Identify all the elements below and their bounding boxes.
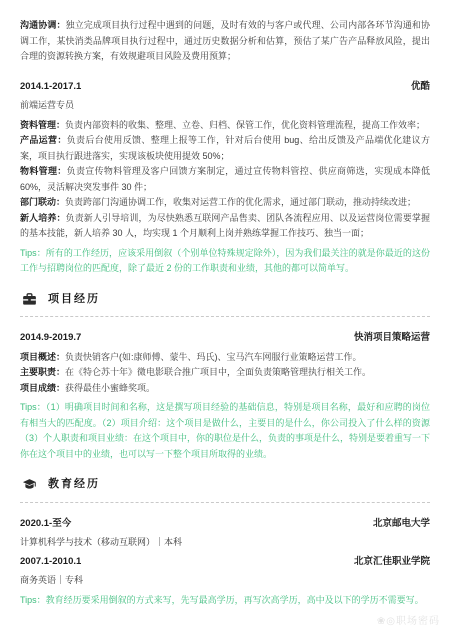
work-duty-row: 产品运营：负责后台使用反馈、整理上报等工作，针对后台使用 bug、给出反馈及产品…	[20, 133, 430, 164]
duty-label: 部门联动：	[20, 197, 65, 207]
education-date-range: 2007.1-2010.1	[20, 554, 81, 570]
project-item-text: 获得最佳小蜜蜂奖项。	[65, 383, 155, 393]
summary-label: 沟通协调：	[20, 20, 66, 30]
project-section: 项目经历 2014.9-2019.7 快消项目策略运营 项目概述：负责快销客户(…	[20, 292, 430, 463]
duty-text: 负责跨部门沟通协调工作，收集对运营工作的优化需求，通过部门联动，推动持续改进；	[65, 197, 416, 207]
project-section-title: 项目经历	[48, 292, 100, 308]
work-duty-row: 新人培养：负责新人引导培训，为尽快熟悉互联网产品售卖、团队各流程应用、以及运营岗…	[20, 211, 430, 242]
education-section: 教育经历 2020.1-至今 北京邮电大学 计算机科学与技术（移动互联网）｜本科…	[20, 477, 430, 608]
resume-page: 沟通协调：独立完成项目执行过程中遇到的问题，及时有效的与客户或代理、公司内部各环…	[0, 0, 450, 637]
work-experience-entry: 2014.1-2017.1 优酷 前端运营专员 资料管理：负责内部资料的收集、整…	[20, 79, 430, 277]
education-section-title: 教育经历	[48, 477, 100, 493]
project-item-row: 项目成绩：获得最佳小蜜蜂奖项。	[20, 381, 430, 397]
duty-text: 负责内部资料的收集、整理、立卷、归档、保管工作，优化资料管理流程，提高工作效率；	[65, 120, 425, 130]
work-entry-header: 2014.1-2017.1 优酷	[20, 79, 430, 95]
duty-text: 负责宣传物料管理及客户回馈方案制定，通过宣传物料管控、供应商筛选，实现成本降低 …	[20, 166, 430, 192]
project-item-text: 在《特仑苏十年》微电影联合推广项目中，全面负责策略管理执行相关工作。	[65, 367, 371, 377]
briefcase-icon	[22, 292, 37, 307]
work-date-range: 2014.1-2017.1	[20, 79, 81, 95]
duty-text: 负责后台使用反馈、整理上报等工作，针对后台使用 bug、给出反馈及产品端优化建议…	[20, 135, 430, 161]
work-job-title: 前端运营专员	[20, 98, 430, 114]
work-tips-note: Tips：所有的工作经历，应该采用倒叙（个别单位特殊规定除外），因为我们最关注的…	[20, 246, 430, 277]
watermark: ❀◎职场密码	[377, 614, 440, 630]
work-duty-row: 部门联动：负责跨部门沟通协调工作，收集对运营工作的优化需求，通过部门联动，推动持…	[20, 195, 430, 211]
graduation-cap-icon	[22, 477, 37, 492]
project-entry-header: 2014.9-2019.7 快消项目策略运营	[20, 330, 430, 346]
education-school-name: 北京邮电大学	[373, 516, 430, 532]
education-tips-note: Tips：教育经历要采用倒叙的方式来写，先写最高学历，再写次高学历，高中及以下的…	[20, 593, 430, 609]
section-divider	[20, 502, 430, 503]
education-entry-header: 2007.1-2010.1 北京汇佳职业学院	[20, 554, 430, 570]
section-divider	[20, 316, 430, 317]
education-entry-header: 2020.1-至今 北京邮电大学	[20, 516, 430, 532]
duty-label: 产品运营：	[20, 135, 67, 145]
work-company-name: 优酷	[411, 79, 430, 95]
education-major: 商务英语｜专科	[20, 573, 430, 589]
project-date-range: 2014.9-2019.7	[20, 330, 81, 346]
education-school-name: 北京汇佳职业学院	[354, 554, 430, 570]
summary-text: 独立完成项目执行过程中遇到的问题，及时有效的与客户或代理、公司内部各环节沟通和协…	[20, 20, 430, 61]
education-date-range: 2020.1-至今	[20, 516, 71, 532]
duty-label: 新人培养：	[20, 213, 66, 223]
project-item-label: 主要职责：	[20, 367, 65, 377]
project-entry: 2014.9-2019.7 快消项目策略运营 项目概述：负责快销客户(如:康师傅…	[20, 330, 430, 462]
education-section-header: 教育经历	[22, 477, 430, 493]
education-major: 计算机科学与技术（移动互联网）｜本科	[20, 535, 430, 551]
summary-paragraph: 沟通协调：独立完成项目执行过程中遇到的问题，及时有效的与客户或代理、公司内部各环…	[20, 18, 430, 65]
project-item-label: 项目成绩：	[20, 383, 65, 393]
project-item-row: 主要职责：在《特仑苏十年》微电影联合推广项目中，全面负责策略管理执行相关工作。	[20, 365, 430, 381]
project-item-label: 项目概述：	[20, 352, 65, 362]
project-role: 快消项目策略运营	[354, 330, 430, 346]
project-item-text: 负责快销客户(如:康师傅、蒙牛、玛氏)、宝马汽车网服行业策略运营工作。	[65, 352, 362, 362]
duty-label: 资料管理：	[20, 120, 65, 130]
project-tips-note: Tips：（1）明确项目时间和名称，这是撰写项目经验的基础信息，特别是项目名称，…	[20, 400, 430, 462]
education-entry: 2020.1-至今 北京邮电大学 计算机科学与技术（移动互联网）｜本科	[20, 516, 430, 551]
education-entry: 2007.1-2010.1 北京汇佳职业学院 商务英语｜专科	[20, 554, 430, 589]
project-item-row: 项目概述：负责快销客户(如:康师傅、蒙牛、玛氏)、宝马汽车网服行业策略运营工作。	[20, 350, 430, 366]
project-section-header: 项目经历	[22, 292, 430, 308]
work-duty-row: 资料管理：负责内部资料的收集、整理、立卷、归档、保管工作，优化资料管理流程，提高…	[20, 118, 430, 134]
duty-text: 负责新人引导培训，为尽快熟悉互联网产品售卖、团队各流程应用、以及运营岗位需要掌握…	[20, 213, 430, 239]
work-duty-row: 物料管理：负责宣传物料管理及客户回馈方案制定，通过宣传物料管控、供应商筛选，实现…	[20, 164, 430, 195]
duty-label: 物料管理：	[20, 166, 67, 176]
